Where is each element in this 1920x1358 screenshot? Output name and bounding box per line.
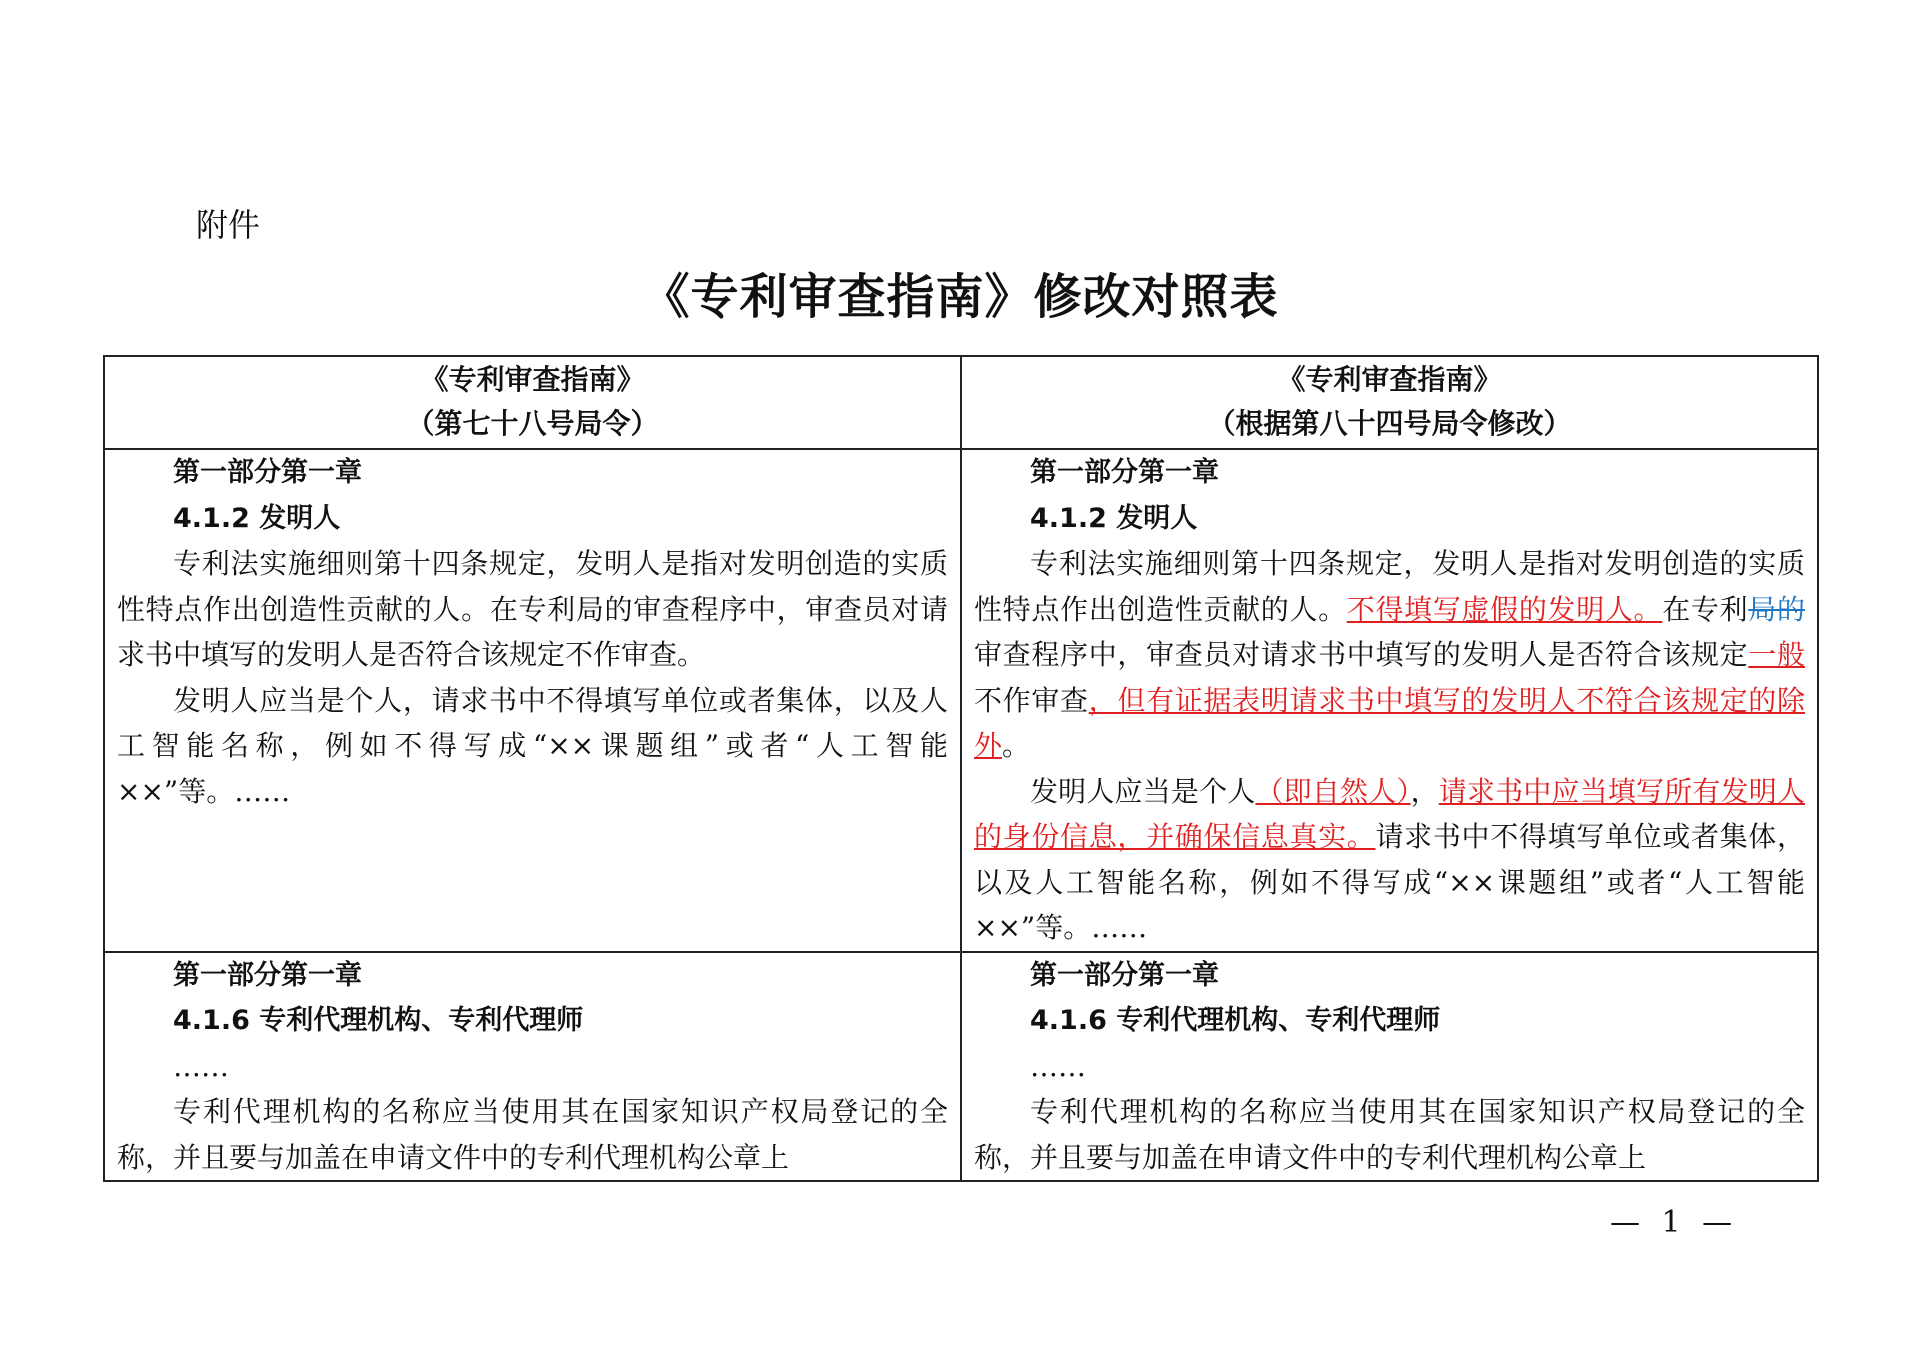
section-label: 第一部分第一章 bbox=[974, 953, 1805, 999]
text: 在专利 bbox=[1662, 593, 1748, 626]
ellipsis: …… bbox=[974, 1044, 1805, 1090]
text: 审查程序中，审查员对请求书中填写的发明人是否符合该规定 bbox=[974, 638, 1748, 671]
header-revised: 《专利审查指南》 （根据第八十四号局令修改） bbox=[961, 356, 1818, 449]
inserted-text: （即自然人） bbox=[1255, 775, 1410, 808]
text: ， bbox=[1411, 775, 1439, 808]
header-revised-title: 《专利审查指南》 bbox=[974, 358, 1805, 402]
text: 不作审查 bbox=[974, 684, 1089, 717]
table-header-row: 《专利审查指南》 （第七十八号局令） 《专利审查指南》 （根据第八十四号局令修改… bbox=[104, 356, 1818, 449]
comparison-table: 《专利审查指南》 （第七十八号局令） 《专利审查指南》 （根据第八十四号局令修改… bbox=[103, 355, 1819, 1182]
revised-cell: 第一部分第一章 4.1.2 发明人 专利法实施细则第十四条规定，发明人是指对发明… bbox=[961, 449, 1818, 952]
section-heading: 4.1.2 发明人 bbox=[974, 496, 1805, 542]
section-heading: 4.1.6 专利代理机构、专利代理师 bbox=[974, 998, 1805, 1044]
section-heading: 4.1.6 专利代理机构、专利代理师 bbox=[117, 998, 948, 1044]
text: 发明人应当是个人 bbox=[1030, 775, 1255, 808]
paragraph: 发明人应当是个人（即自然人），请求书中应当填写所有发明人的身份信息，并确保信息真… bbox=[974, 769, 1805, 951]
inserted-text: ，但有证据表明请求书中填写的发明人不符合该规定的除外 bbox=[974, 684, 1805, 763]
paragraph: 专利代理机构的名称应当使用其在国家知识产权局登记的全称，并且要与加盖在申请文件中… bbox=[974, 1089, 1805, 1180]
section-label: 第一部分第一章 bbox=[117, 953, 948, 999]
header-original: 《专利审查指南》 （第七十八号局令） bbox=[104, 356, 961, 449]
paragraph: 发明人应当是个人，请求书中不得填写单位或者集体，以及人工智能名称，例如不得写成“… bbox=[117, 678, 948, 815]
header-original-title: 《专利审查指南》 bbox=[117, 358, 948, 402]
paragraph: 专利代理机构的名称应当使用其在国家知识产权局登记的全称，并且要与加盖在申请文件中… bbox=[117, 1089, 948, 1180]
deleted-text: 局的 bbox=[1748, 593, 1805, 626]
paragraph: 专利法实施细则第十四条规定，发明人是指对发明创造的实质性特点作出创造性贡献的人。… bbox=[974, 541, 1805, 769]
section-label: 第一部分第一章 bbox=[117, 450, 948, 496]
table-row: 第一部分第一章 4.1.6 专利代理机构、专利代理师 …… 专利代理机构的名称应… bbox=[104, 952, 1818, 1182]
section-heading: 4.1.2 发明人 bbox=[117, 496, 948, 542]
section-label: 第一部分第一章 bbox=[974, 450, 1805, 496]
inserted-text: 不得填写虚假的发明人。 bbox=[1347, 593, 1662, 626]
revised-cell: 第一部分第一章 4.1.6 专利代理机构、专利代理师 …… 专利代理机构的名称应… bbox=[961, 952, 1818, 1182]
document-title: 《专利审查指南》修改对照表 bbox=[0, 258, 1920, 327]
header-original-subtitle: （第七十八号局令） bbox=[117, 402, 948, 446]
table-row: 第一部分第一章 4.1.2 发明人 专利法实施细则第十四条规定，发明人是指对发明… bbox=[104, 449, 1818, 952]
header-revised-subtitle: （根据第八十四号局令修改） bbox=[974, 402, 1805, 446]
original-cell: 第一部分第一章 4.1.6 专利代理机构、专利代理师 …… 专利代理机构的名称应… bbox=[104, 952, 961, 1182]
inserted-text: 一般 bbox=[1748, 638, 1805, 671]
paragraph: 专利法实施细则第十四条规定，发明人是指对发明创造的实质性特点作出创造性贡献的人。… bbox=[117, 541, 948, 678]
page-number: — 1 — bbox=[1610, 1205, 1738, 1240]
original-cell: 第一部分第一章 4.1.2 发明人 专利法实施细则第十四条规定，发明人是指对发明… bbox=[104, 449, 961, 952]
ellipsis: …… bbox=[117, 1044, 948, 1090]
attachment-label: 附件 bbox=[196, 200, 260, 246]
text: 。 bbox=[1002, 729, 1030, 762]
